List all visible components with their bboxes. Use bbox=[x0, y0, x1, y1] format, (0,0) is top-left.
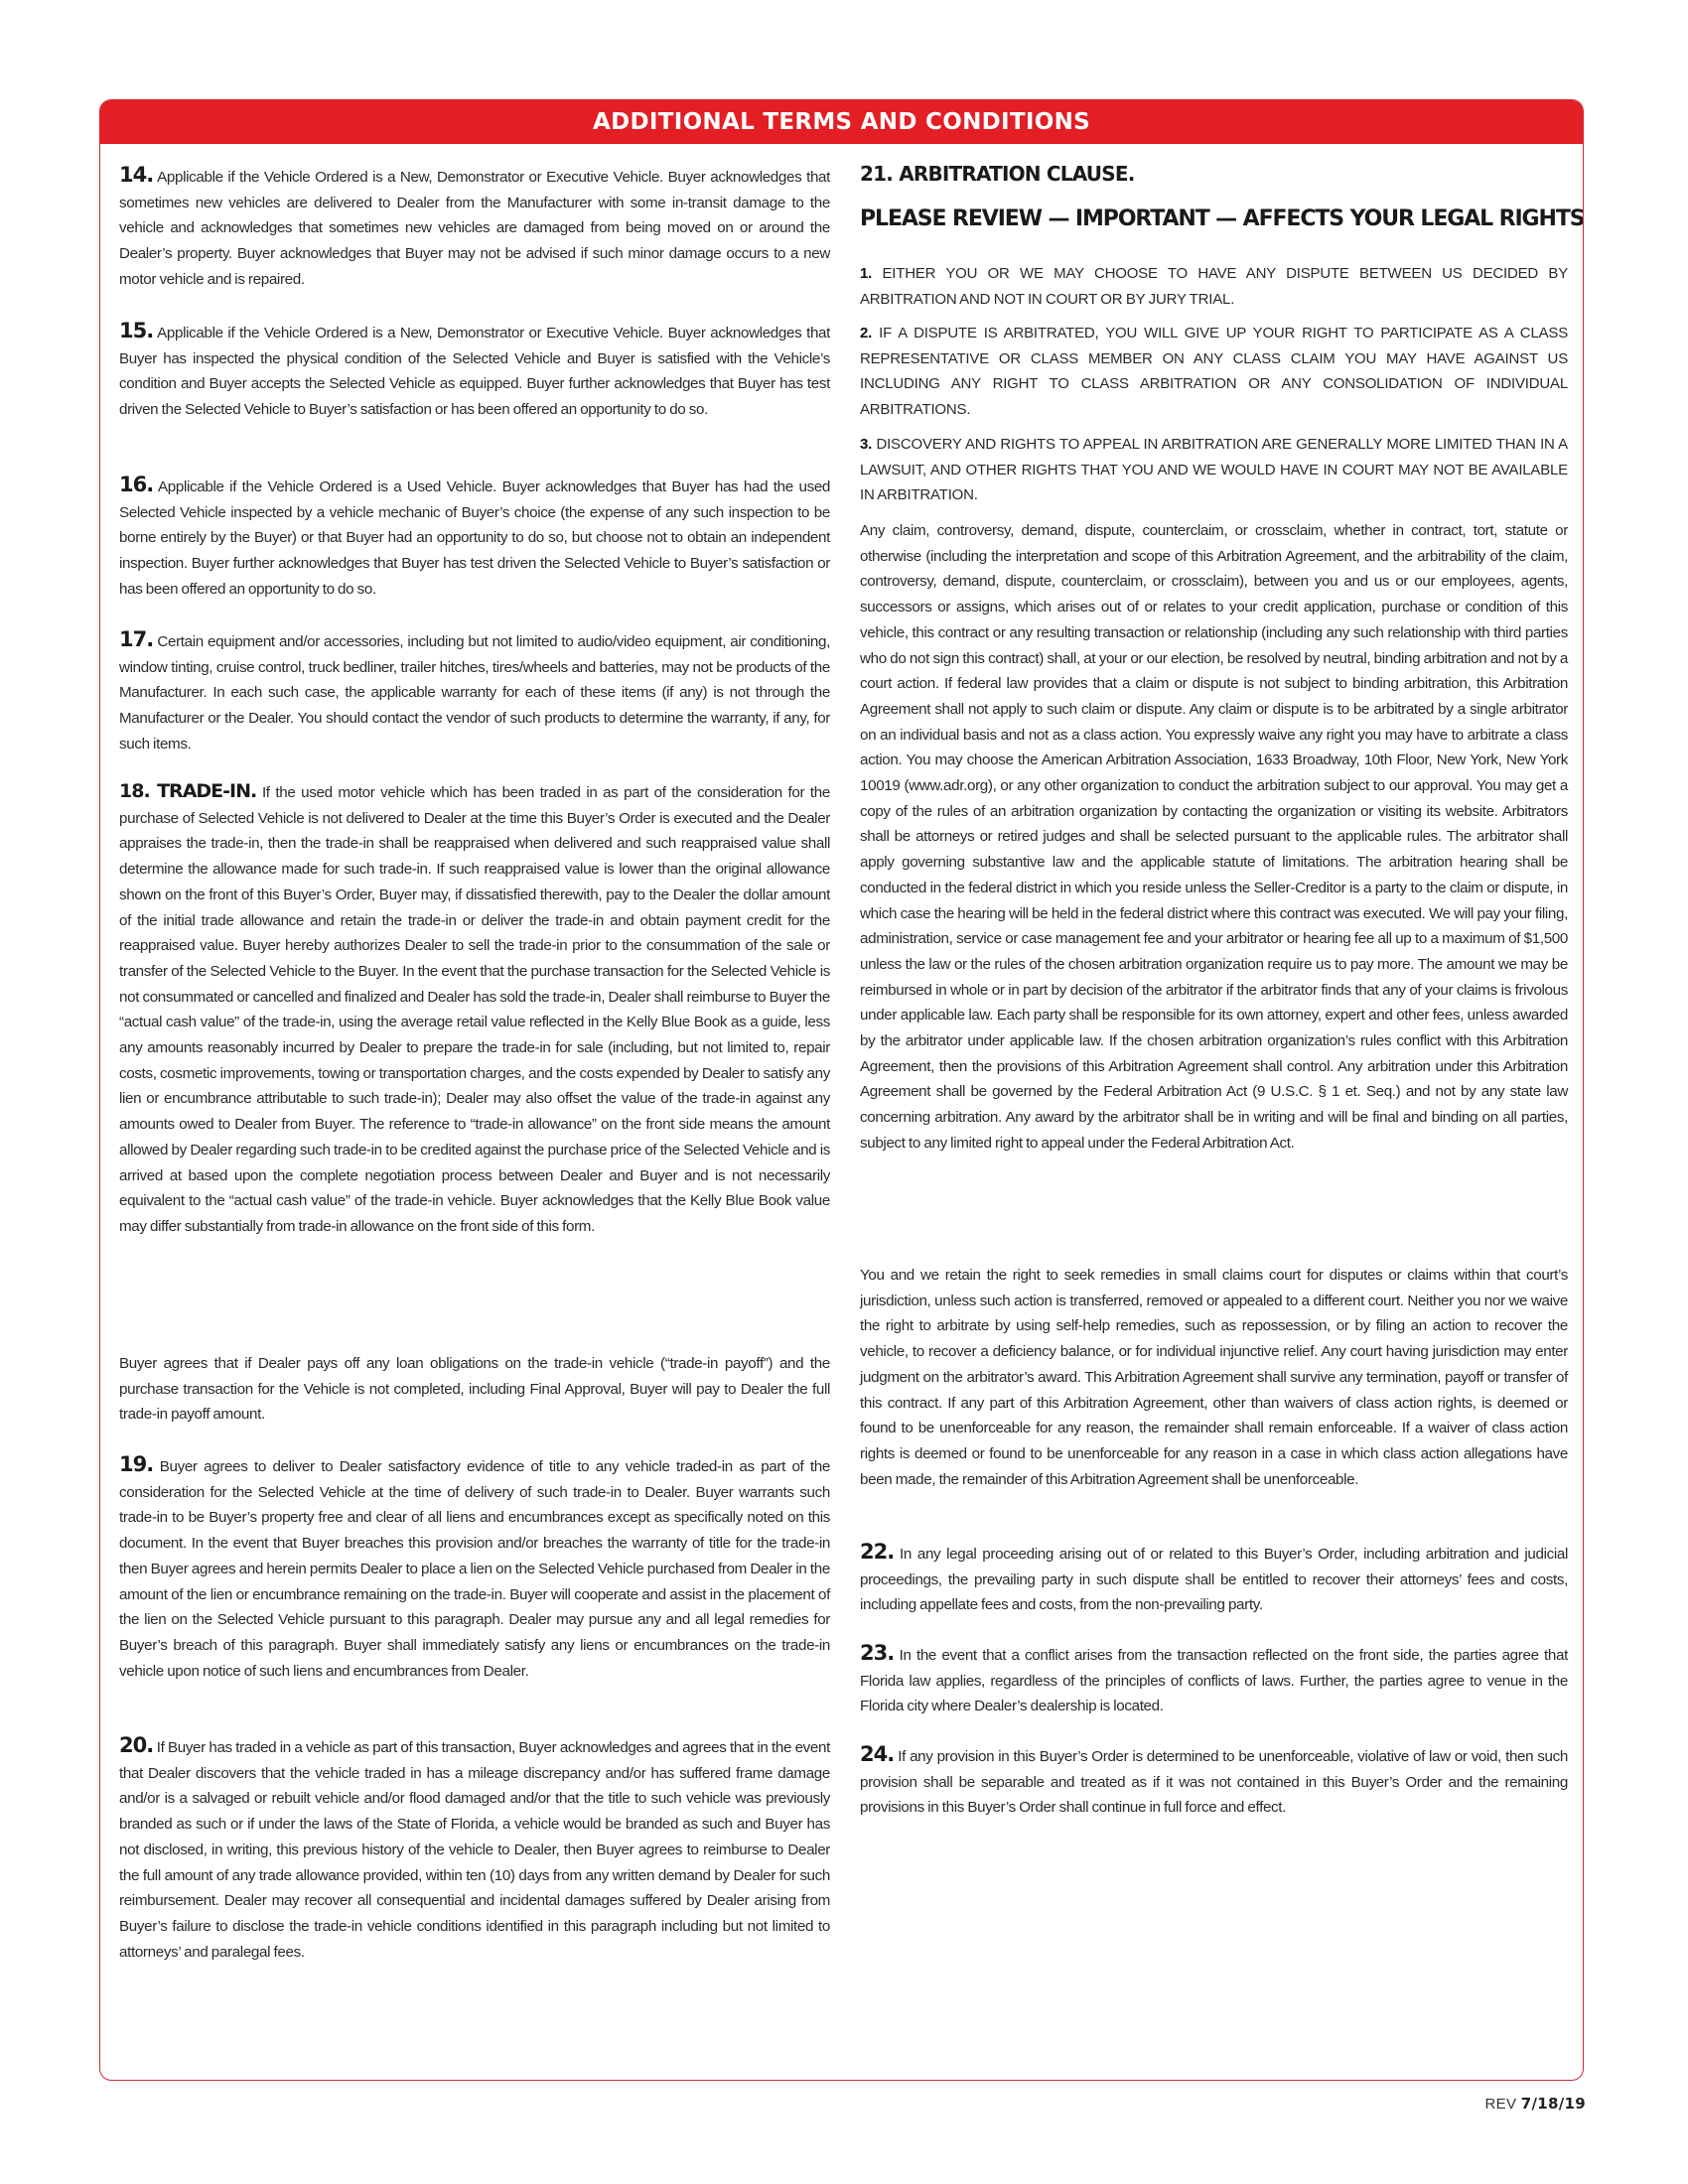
section-header: ADDITIONAL TERMS AND CONDITIONS bbox=[100, 100, 1583, 144]
revision-date: 7/18/19 bbox=[1521, 2095, 1586, 2113]
item-number: 1. bbox=[860, 265, 872, 282]
arbitration-item-3: 3. DISCOVERY AND RIGHTS TO APPEAL IN ARB… bbox=[860, 432, 1568, 508]
clause-24: 24. If any provision in this Buyer’s Ord… bbox=[860, 1742, 1568, 1821]
clause-16: 16. Applicable if the Vehicle Ordered is… bbox=[119, 473, 830, 603]
clause-number: 23. bbox=[860, 1641, 894, 1665]
arbitration-body: Any claim, controversy, demand, dispute,… bbox=[860, 518, 1568, 1157]
clause-text: If any provision in this Buyer’s Order i… bbox=[860, 1748, 1568, 1816]
header-title: ADDITIONAL TERMS AND CONDITIONS bbox=[593, 109, 1090, 135]
clause-text: In the event that a conflict arises from… bbox=[860, 1647, 1568, 1714]
clause-text: Certain equipment and/or accessories, in… bbox=[119, 633, 830, 752]
clause-text: Buyer agrees that if Dealer pays off any… bbox=[119, 1355, 830, 1423]
clause-18-payoff: Buyer agrees that if Dealer pays off any… bbox=[119, 1351, 830, 1428]
clause-15: 15. Applicable if the Vehicle Ordered is… bbox=[119, 319, 830, 423]
clause-17: 17. Certain equipment and/or accessories… bbox=[119, 627, 830, 757]
terms-frame: ADDITIONAL TERMS AND CONDITIONS 14. Appl… bbox=[99, 99, 1584, 2081]
clause-19: 19. Buyer agrees to deliver to Dealer sa… bbox=[119, 1452, 830, 1684]
revision-label: REV bbox=[1485, 2096, 1517, 2113]
clause-number: 17. bbox=[119, 627, 153, 651]
clause-23: 23. In the event that a conflict arises … bbox=[860, 1641, 1568, 1719]
clause-number: 15. bbox=[119, 319, 153, 342]
clause-18-trade-in: 18. TRADE-IN. If the used motor vehicle … bbox=[119, 779, 830, 1240]
clause-text: If the used motor vehicle which has been… bbox=[119, 784, 830, 1235]
clause-text: Applicable if the Vehicle Ordered is a U… bbox=[119, 478, 830, 598]
revision-footer: REV 7/18/19 bbox=[1485, 2095, 1586, 2113]
clause-number: 16. bbox=[119, 473, 153, 496]
clause-14: 14. Applicable if the Vehicle Ordered is… bbox=[119, 163, 830, 293]
clause-number: 18. TRADE-IN. bbox=[119, 780, 256, 802]
item-number: 2. bbox=[860, 325, 872, 341]
arbitration-clause-title: 21. ARBITRATION CLAUSE. bbox=[860, 162, 1135, 186]
clause-number: 24. bbox=[860, 1742, 894, 1766]
clause-number: 22. bbox=[860, 1540, 894, 1564]
terms-columns: 14. Applicable if the Vehicle Ordered is… bbox=[100, 144, 1583, 2080]
clause-text: Applicable if the Vehicle Ordered is a N… bbox=[119, 169, 830, 288]
clause-text: Buyer agrees to deliver to Dealer satisf… bbox=[119, 1458, 830, 1680]
clause-text: In any legal proceeding arising out of o… bbox=[860, 1546, 1568, 1613]
clause-number: 19. bbox=[119, 1452, 153, 1476]
clause-text: Applicable if the Vehicle Ordered is a N… bbox=[119, 325, 830, 418]
clause-20: 20. If Buyer has traded in a vehicle as … bbox=[119, 1733, 830, 1965]
clause-number: 14. bbox=[119, 163, 153, 187]
arbitration-warning-heading: PLEASE REVIEW — IMPORTANT — AFFECTS YOUR… bbox=[860, 206, 1568, 231]
small-claims-body: You and we retain the right to seek reme… bbox=[860, 1263, 1568, 1492]
item-text: IF A DISPUTE IS ARBITRATED, YOU WILL GIV… bbox=[860, 325, 1568, 418]
arbitration-item-2: 2. IF A DISPUTE IS ARBITRATED, YOU WILL … bbox=[860, 321, 1568, 423]
clause-text: If Buyer has traded in a vehicle as part… bbox=[119, 1739, 830, 1961]
clause-22: 22. In any legal proceeding arising out … bbox=[860, 1540, 1568, 1618]
item-text: EITHER YOU OR WE MAY CHOOSE TO HAVE ANY … bbox=[860, 265, 1568, 308]
item-number: 3. bbox=[860, 436, 872, 453]
arbitration-item-1: 1. EITHER YOU OR WE MAY CHOOSE TO HAVE A… bbox=[860, 261, 1568, 312]
item-text: DISCOVERY AND RIGHTS TO APPEAL IN ARBITR… bbox=[860, 436, 1568, 503]
clause-number: 20. bbox=[119, 1733, 153, 1757]
